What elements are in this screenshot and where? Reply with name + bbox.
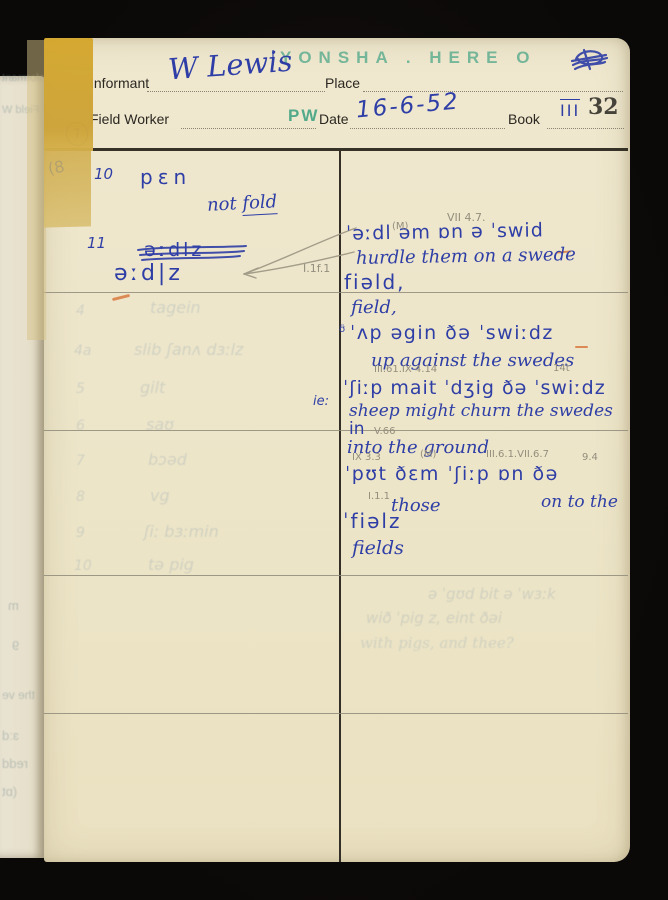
book-label: Book [508,111,540,127]
yellow-tape-top [44,38,93,151]
phonetic-entry-hurdles: əːd|z [114,261,183,286]
bleedthrough-number: 8 [76,489,85,505]
strip-bleed-text: m [8,598,19,613]
pencil-reference: VII 4.7. [447,211,486,224]
pencil-reference: (M) [420,449,436,460]
transcription-line: ˈʃiːp mait ˈdʒig ðə ˈswiːdz [343,377,606,399]
pencil-note-on-tape: (8 [46,157,65,179]
strip-bleed-text: (ɒt [2,784,17,799]
transcription-line: fiəld, [344,270,406,294]
pencil-reference: 14t [553,363,570,374]
item-number: 10 [94,165,113,183]
ie-marker: ie: [313,394,329,409]
book-rule [547,127,624,129]
bleedthrough-text: with pigs, and thee? [360,634,514,652]
gloss-line: hurdle them on a swede [356,244,576,269]
bleedthrough-number: 10 [74,558,92,574]
gloss-line: sheep might churn the swedes [349,401,613,421]
strip-bleed-text: ɜːd [2,728,19,743]
gloss-line: on to the [541,492,618,512]
green-stamp-text: YONSHA . HERE O [280,48,536,68]
bleedthrough-text: tə pig [148,555,194,574]
bleedthrough-number: 6 [76,418,85,434]
book-value-handwriting: III [560,99,580,120]
pencil-reference: V.66 [374,426,395,437]
bleedthrough-number: 4 [76,303,85,319]
place-label: Place [325,75,360,91]
transcription-line: ˈəːdl əm ɒn ə ˈswid [346,219,544,244]
section-rule [44,430,628,431]
scanned-notebook-page: Informant Field W m 9 the ve ɜːd redd (ɒ… [0,0,668,900]
bleedthrough-text: ə ˈgʊd bit ə ˈwɜːk [428,585,556,603]
pencil-reference: I.1.1 [368,491,390,502]
strip-bleed-text: 9 [12,638,19,653]
note-not-fold: not fold [206,191,277,216]
section-rule [44,575,628,576]
strip-bleed-text: the ve [2,688,35,702]
note-fold: fold [242,191,278,216]
gloss-line: fields [352,537,404,559]
transcription-line: ˈpʊt ðɛm ˈʃiːp ɒn ðə [345,463,559,485]
informant-label: Informant [90,75,149,91]
section-rule [44,713,628,714]
pencil-reference: I.1f.1 [303,262,330,275]
prefix-mark: ʊ̈ [339,324,345,335]
pencil-arrow [232,220,362,282]
bleedthrough-number: 5 [76,381,85,397]
date-label: Date [319,111,349,127]
bleedthrough-text: slib ʃanʌ dɜːlz [134,340,243,359]
pencil-reference: IX 3.3 [352,452,381,463]
field-worker-rule [181,127,316,129]
transcription-line: in [349,419,365,439]
note-not: not [206,193,242,216]
pencil-reference: III.61.IX 4.14 [374,364,437,375]
place-rule [363,90,623,92]
bleedthrough-text: saʊ [146,415,174,434]
section-rule [44,292,628,293]
fieldworker-initials-stamp: PW [288,106,319,126]
transcription-line: ˈfiəlz [343,509,401,533]
bleedthrough-number: 9 [76,525,85,541]
pencil-reference: III.6.1.VII.6.7 [486,449,549,460]
strip-bleed-text: redd [2,756,28,771]
bleedthrough-number: 7 [76,453,85,469]
bleedthrough-text: vg [150,486,170,505]
scribbled-out-number [570,45,610,77]
page-number: 32 [588,94,619,120]
header-bottom-rule [44,148,628,151]
pencil-reference: (M) [392,221,408,232]
bleedthrough-text: tagein [150,298,201,317]
bleedthrough-text: ʃiː bɜːmin [144,522,219,541]
bleedthrough-text: bɔəd [148,450,187,469]
item-number: 11 [87,234,106,252]
phonetic-entry-pen: pɛn [140,165,191,189]
pencil-reference: 9.4 [582,452,598,463]
bleedthrough-number: 4a [74,343,92,359]
bleedthrough-text: gilt [140,378,165,397]
field-worker-label: Field Worker [90,111,169,127]
gloss-line: field, [351,297,397,318]
bleedthrough-text: wið ˈpig z, eint ðəi [366,609,502,627]
informant-rule [147,90,325,92]
date-rule [350,127,505,129]
transcription-line: ˈʌp əgin ðə ˈswiːdz [350,322,554,344]
